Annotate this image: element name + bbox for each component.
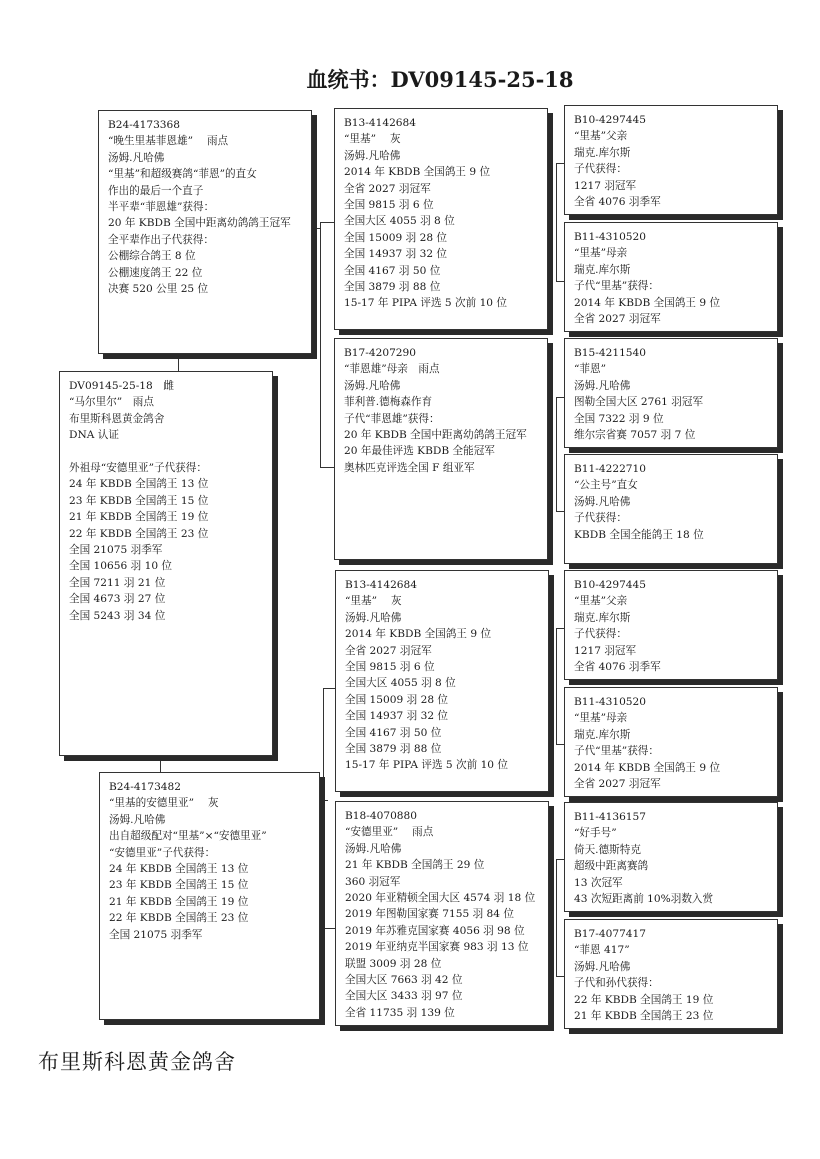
- breeder: 汤姆.凡哈佛: [574, 378, 777, 394]
- info-line: 2020 年亚精顿全国大区 4574 羽 18 位: [345, 890, 548, 906]
- breeder: 汤姆.凡哈佛: [344, 378, 547, 394]
- info-line: 全国 5243 羽 34 位: [69, 608, 272, 624]
- info-line: 全国 4673 羽 27 位: [69, 591, 272, 607]
- info-line: 全省 4076 羽季军: [574, 194, 777, 210]
- dam-card: B24-4173482 “里基的安德里亚” 灰 汤姆.凡哈佛 出自超级配对“里基…: [99, 772, 320, 1020]
- connector-sire-bracket: [320, 222, 321, 467]
- info-line: “安德里亚”子代获得：: [109, 845, 319, 861]
- spacer: [69, 444, 272, 460]
- connector-sire-h: [312, 228, 320, 229]
- info-line: 超级中距离赛鸽: [574, 858, 777, 874]
- info-line: 全国 4167 羽 50 位: [344, 263, 547, 279]
- connector-subject-dam: [160, 757, 161, 772]
- sire-card: B24-4173368 “晚生里基菲恩雄” 雨点 汤姆.凡哈佛 “里基”和超级赛…: [98, 110, 312, 354]
- info-line: 子代和孙代获得：: [574, 975, 777, 991]
- connector-ds-bracket: [556, 628, 557, 744]
- info-line: 子代“里基”获得：: [574, 278, 777, 294]
- breeder: 汤姆.凡哈佛: [345, 841, 548, 857]
- info-line: 全国 21075 羽季军: [109, 927, 319, 943]
- breeder: 汤姆.凡哈佛: [345, 610, 548, 626]
- info-line: 22 年 KBDB 全国鸽王 19 位: [574, 992, 777, 1008]
- info-line: 全国大区 4055 羽 8 位: [344, 213, 547, 229]
- connector-sd-bracket: [556, 397, 557, 511]
- bird-name: “公主号”直女: [574, 477, 777, 493]
- connector-dd-bracket: [556, 859, 557, 976]
- connector-ss-top: [556, 163, 564, 164]
- info-line: 公棚速度鸽王 22 位: [108, 265, 311, 281]
- info-line: 24 年 KBDB 全国鸽王 13 位: [69, 476, 272, 492]
- info-line: 2014 年 KBDB 全国鸽王 9 位: [345, 626, 548, 642]
- dna-cert: DNA 认证: [69, 427, 272, 443]
- connector-dam-top: [323, 688, 335, 689]
- info-line: 全省 2027 羽冠军: [574, 311, 777, 327]
- info-line: 维尔宗省赛 7057 羽 7 位: [574, 427, 777, 443]
- breeder: 汤姆.凡哈佛: [109, 812, 319, 828]
- info-line: 菲利普.德梅森作育: [344, 394, 547, 410]
- info-line: 23 年 KBDB 全国鸽王 15 位: [69, 493, 272, 509]
- info-line: 全国 3879 羽 88 位: [344, 279, 547, 295]
- bird-name: “菲恩”: [574, 361, 777, 377]
- dam-sire-card: B13-4142684 “里基” 灰 汤姆.凡哈佛 2014 年 KBDB 全国…: [335, 570, 549, 792]
- info-line: 20 年 KBDB 全国中距离幼鸽鸽王冠军: [344, 427, 547, 443]
- info-line: 全国 9815 羽 6 位: [344, 197, 547, 213]
- ring-number: B17-4077417: [574, 926, 777, 942]
- info-line: 全平辈作出子代获得：: [108, 232, 311, 248]
- info-line: 21 年 KBDB 全国鸽王 19 位: [69, 509, 272, 525]
- info-line: 2019 年苏雅克国家赛 4056 羽 98 位: [345, 923, 548, 939]
- ring-number: B24-4173482: [109, 779, 319, 795]
- info-line: 子代获得：: [574, 161, 777, 177]
- bird-name: “马尔里尔” 雨点: [69, 394, 272, 410]
- connector-dam-bottom: [323, 928, 335, 929]
- info-line: 奥林匹克评选全国 F 组亚军: [344, 460, 547, 476]
- info-line: 出自超级配对“里基”×“安德里亚”: [109, 828, 319, 844]
- info-line: 公棚综合鸽王 8 位: [108, 248, 311, 264]
- ring-number: B17-4207290: [344, 345, 547, 361]
- info-line: 全国 21075 羽季军: [69, 542, 272, 558]
- connector-ds-top: [556, 628, 564, 629]
- sd-dam-card: B11-4222710 “公主号”直女 汤姆.凡哈佛 子代获得： KBDB 全国…: [564, 454, 778, 564]
- sire-dam-card: B17-4207290 “菲恩雄”母亲 雨点 汤姆.凡哈佛 菲利普.德梅森作育 …: [334, 338, 548, 560]
- bird-name: “里基” 灰: [344, 131, 547, 147]
- connector-sd-top: [556, 397, 564, 398]
- connector-dd-bottom: [556, 976, 564, 977]
- info-line: 全国大区 3433 羽 97 位: [345, 988, 548, 1004]
- breeder: 汤姆.凡哈佛: [574, 494, 777, 510]
- info-line: 作出的最后一个直子: [108, 183, 311, 199]
- dd-sire-card: B11-4136157 “好手号” 倚天.德斯特克 超级中距离赛鸽 13 次冠军…: [564, 802, 778, 912]
- info-line: 外祖母“安德里亚”子代获得：: [69, 460, 272, 476]
- subject-card: DV09145-25-18 雌 “马尔里尔” 雨点 布里斯科恩黄金鸽舍 DNA …: [59, 371, 273, 756]
- info-line: 子代“菲恩雄”获得：: [344, 411, 547, 427]
- info-line: 22 年 KBDB 全国鸽王 23 位: [69, 526, 272, 542]
- bird-name: “好手号”: [574, 825, 777, 841]
- info-line: 20 年 KBDB 全国中距离幼鸽鸽王冠军: [108, 215, 311, 231]
- connector-ss-bracket: [556, 163, 557, 281]
- info-line: 图勒全国大区 2761 羽冠军: [574, 394, 777, 410]
- info-line: 21 年 KBDB 全国鸽王 23 位: [574, 1008, 777, 1024]
- info-line: 13 次冠军: [574, 875, 777, 891]
- breeder: 瑞克.库尔斯: [574, 262, 777, 278]
- breeder: 瑞克.库尔斯: [574, 145, 777, 161]
- breeder: 瑞克.库尔斯: [574, 610, 777, 626]
- bird-name: “里基”母亲: [574, 710, 777, 726]
- info-line: 21 年 KBDB 全国鸽王 19 位: [109, 894, 319, 910]
- info-line: 1217 羽冠军: [574, 643, 777, 659]
- info-line: 21 年 KBDB 全国鸽王 29 位: [345, 857, 548, 873]
- loft-name: 布里斯科恩黄金鸽舍: [69, 411, 272, 427]
- info-line: 22 年 KBDB 全国鸽王 23 位: [109, 910, 319, 926]
- ss-dam-card: B11-4310520 “里基”母亲 瑞克.库尔斯 子代“里基”获得： 2014…: [564, 222, 778, 332]
- info-line: 15-17 年 PIPA 评选 5 次前 10 位: [344, 295, 547, 311]
- bird-name: “菲恩 417”: [574, 942, 777, 958]
- bird-name: “里基”父亲: [574, 593, 777, 609]
- bird-name: “里基”父亲: [574, 128, 777, 144]
- breeder: 倚天.德斯特克: [574, 842, 777, 858]
- info-line: 全省 2027 羽冠军: [574, 776, 777, 792]
- connector-sd-bottom: [556, 511, 564, 512]
- info-line: 全国大区 7663 羽 42 位: [345, 972, 548, 988]
- info-line: 全国 14937 羽 32 位: [345, 708, 548, 724]
- bird-name: “里基的安德里亚” 灰: [109, 795, 319, 811]
- ring-number: B18-4070880: [345, 808, 548, 824]
- ss-sire-card: B10-4297445 “里基”父亲 瑞克.库尔斯 子代获得： 1217 羽冠军…: [564, 105, 778, 215]
- info-line: 全省 2027 羽冠军: [344, 181, 547, 197]
- info-line: 360 羽冠军: [345, 874, 548, 890]
- ring-number: DV09145-25-18 雌: [69, 378, 272, 394]
- info-line: 子代获得：: [574, 510, 777, 526]
- ring-number: B11-4310520: [574, 694, 777, 710]
- connector-sire-top: [320, 222, 334, 223]
- page-title: 血统书：DV09145-25-18: [0, 64, 820, 94]
- info-line: 15-17 年 PIPA 评选 5 次前 10 位: [345, 757, 548, 773]
- info-line: 子代获得：: [574, 626, 777, 642]
- info-line: 全国 7322 羽 9 位: [574, 411, 777, 427]
- info-line: 2019 年亚纳克半国家赛 983 羽 13 位: [345, 939, 548, 955]
- sire-sire-card: B13-4142684 “里基” 灰 汤姆.凡哈佛 2014 年 KBDB 全国…: [334, 108, 548, 330]
- info-line: 决赛 520 公里 25 位: [108, 281, 311, 297]
- bird-name: “菲恩雄”母亲 雨点: [344, 361, 547, 377]
- ring-number: B15-4211540: [574, 345, 777, 361]
- ring-number: B13-4142684: [345, 577, 548, 593]
- connector-dam-bracket: [323, 688, 324, 928]
- connector-dam-h: [320, 800, 328, 801]
- info-line: 全国 15009 羽 28 位: [345, 692, 548, 708]
- info-line: 1217 羽冠军: [574, 178, 777, 194]
- info-line: 全省 2027 羽冠军: [345, 643, 548, 659]
- ring-number: B24-4173368: [108, 117, 311, 133]
- bird-name: “晚生里基菲恩雄” 雨点: [108, 133, 311, 149]
- ring-number: B13-4142684: [344, 115, 547, 131]
- sd-sire-card: B15-4211540 “菲恩” 汤姆.凡哈佛 图勒全国大区 2761 羽冠军 …: [564, 338, 778, 448]
- info-line: 联盟 3009 羽 28 位: [345, 956, 548, 972]
- ring-number: B11-4310520: [574, 229, 777, 245]
- info-line: 全国大区 4055 羽 8 位: [345, 675, 548, 691]
- ring-number: B10-4297445: [574, 577, 777, 593]
- info-line: 全国 9815 羽 6 位: [345, 659, 548, 675]
- ds-dam-card: B11-4310520 “里基”母亲 瑞克.库尔斯 子代“里基”获得： 2014…: [564, 687, 778, 797]
- info-line: 2014 年 KBDB 全国鸽王 9 位: [574, 295, 777, 311]
- info-line: 全国 14937 羽 32 位: [344, 246, 547, 262]
- info-line: 2014 年 KBDB 全国鸽王 9 位: [574, 760, 777, 776]
- breeder: 汤姆.凡哈佛: [574, 959, 777, 975]
- info-line: “里基”和超级赛鸽“菲恩”的直女: [108, 166, 311, 182]
- info-line: 2014 年 KBDB 全国鸽王 9 位: [344, 164, 547, 180]
- connector-dd-top: [556, 859, 564, 860]
- ring-number: B11-4136157: [574, 809, 777, 825]
- info-line: 2019 年图勒国家赛 7155 羽 84 位: [345, 906, 548, 922]
- bird-name: “里基” 灰: [345, 593, 548, 609]
- info-line: KBDB 全国全能鸽王 18 位: [574, 527, 777, 543]
- connector-sire-bottom: [320, 467, 334, 468]
- info-line: 24 年 KBDB 全国鸽王 13 位: [109, 861, 319, 877]
- info-line: 全国 4167 羽 50 位: [345, 725, 548, 741]
- info-line: 全省 4076 羽季军: [574, 659, 777, 675]
- info-line: 全国 7211 羽 21 位: [69, 575, 272, 591]
- info-line: 全省 11735 羽 139 位: [345, 1005, 548, 1021]
- breeder: 汤姆.凡哈佛: [344, 148, 547, 164]
- dam-dam-card: B18-4070880 “安德里亚” 雨点 汤姆.凡哈佛 21 年 KBDB 全…: [335, 801, 549, 1026]
- bird-name: “里基”母亲: [574, 245, 777, 261]
- info-line: 全国 15009 羽 28 位: [344, 230, 547, 246]
- connector-ss-bottom: [556, 281, 564, 282]
- info-line: 半平辈“菲恩雄”获得：: [108, 199, 311, 215]
- ds-sire-card: B10-4297445 “里基”父亲 瑞克.库尔斯 子代获得： 1217 羽冠军…: [564, 570, 778, 680]
- info-line: 43 次短距离前 10%羽数入赏: [574, 891, 777, 907]
- bird-name: “安德里亚” 雨点: [345, 824, 548, 840]
- info-line: 全国 3879 羽 88 位: [345, 741, 548, 757]
- ring-number: B11-4222710: [574, 461, 777, 477]
- info-line: 子代“里基”获得：: [574, 743, 777, 759]
- info-line: 全国 10656 羽 10 位: [69, 558, 272, 574]
- connector-sire-subject: [178, 354, 179, 371]
- ring-number: B10-4297445: [574, 112, 777, 128]
- info-line: 23 年 KBDB 全国鸽王 15 位: [109, 877, 319, 893]
- info-line: 20 年最佳评选 KBDB 全能冠军: [344, 443, 547, 459]
- breeder: 汤姆.凡哈佛: [108, 150, 311, 166]
- loft-footer: 布里斯科恩黄金鸽舍: [38, 1046, 236, 1076]
- connector-ds-bottom: [556, 744, 564, 745]
- dd-dam-card: B17-4077417 “菲恩 417” 汤姆.凡哈佛 子代和孙代获得： 22 …: [564, 919, 778, 1029]
- breeder: 瑞克.库尔斯: [574, 727, 777, 743]
